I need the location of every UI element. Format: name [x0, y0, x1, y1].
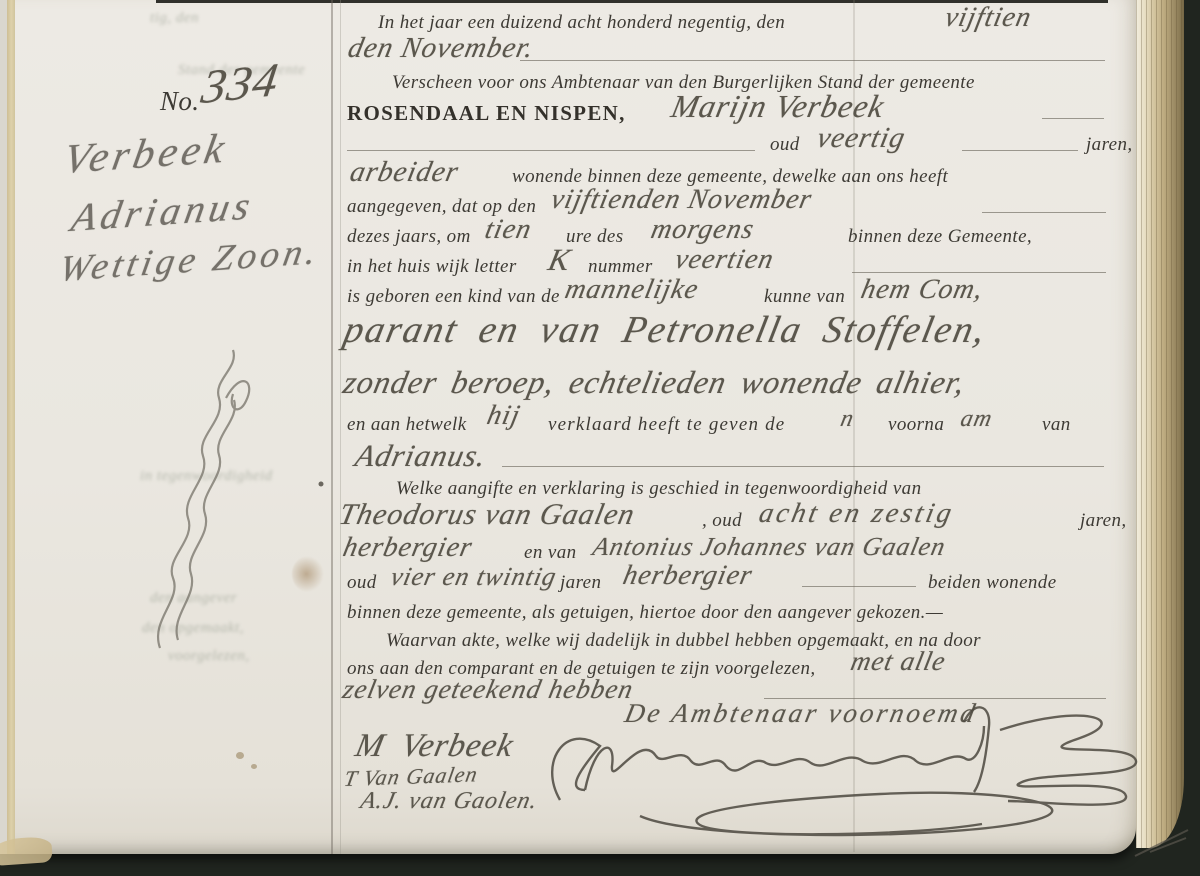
signature-declarant: M Verbeek — [352, 728, 517, 765]
hw-am: am — [958, 406, 995, 433]
printed-oud3: oud — [347, 572, 377, 594]
fill-dash — [962, 150, 1078, 151]
printed-ure-des: ure des — [566, 226, 624, 248]
printed-line-year: In het jaar een duizend acht honderd neg… — [378, 12, 785, 34]
fill-dash — [982, 212, 1106, 213]
hw-child-firstname: Adrianus. — [352, 438, 490, 474]
printed-jaren: jaren, — [1086, 134, 1133, 156]
printed-beiden-wonende: beiden wonende — [928, 572, 1057, 594]
ink-stain — [292, 556, 324, 592]
hw-daypart: morgens — [648, 214, 757, 246]
hw-witness1-name: Theodorus van Gaalen — [336, 498, 638, 532]
hw-witness2-name: Antonius Johannes van Gaalen — [590, 532, 949, 562]
birth-record-scan: tig, den Stand der gemeente in tegenwoor… — [0, 0, 1200, 876]
hw-hour: tien — [482, 214, 535, 246]
hw-birthdate: vijftienden November — [548, 184, 815, 216]
facing-page-sliver — [0, 0, 7, 854]
hw-house-number: veertien — [672, 244, 777, 276]
fill-rule — [347, 150, 755, 151]
hw-hem-comparant: hem Com, — [858, 274, 986, 306]
hw-gender: mannelijke — [562, 274, 702, 306]
printed-jaren3: jaren — [560, 572, 601, 594]
left-page-edge — [7, 0, 15, 854]
printed-verklaard: verklaard heeft te geven de — [548, 414, 785, 436]
printed-is-geboren: is geboren een kind van de — [347, 286, 560, 308]
hw-occupation: arbeider — [347, 156, 462, 189]
bleedthrough-text: in tegenwoordigheid — [140, 468, 273, 485]
bleedthrough-text: tig, den — [150, 10, 199, 27]
hw-day: vijftien — [942, 2, 1035, 34]
stain-dot — [251, 764, 257, 769]
margin-rule-inner — [340, 0, 341, 854]
fill-rule — [520, 60, 1105, 61]
signature-witness2: A.J. van Gaolen. — [358, 788, 540, 815]
printed-getuigen: binnen deze gemeente, als getuigen, hier… — [347, 602, 943, 624]
bleedthrough-text: den opgemaakt, — [142, 620, 244, 637]
municipality-name: ROSENDAAL EN NISPEN, — [347, 101, 626, 126]
hw-declarant-name: Marijn Verbeek — [668, 88, 888, 125]
bottom-left-page-corner — [0, 836, 53, 866]
printed-welke-aangifte: Welke aangifte en verklaring is geschied… — [396, 478, 921, 500]
printed-oud2: , oud — [702, 510, 742, 532]
printed-binnen-gemeente: binnen deze Gemeente, — [848, 226, 1032, 248]
fill-rule — [502, 466, 1104, 467]
act-number-label: No. — [160, 86, 199, 117]
book-page-edges — [1136, 0, 1184, 848]
hw-hij: hij — [484, 400, 523, 432]
officer-title: De Ambtenaar voornoemd — [622, 698, 981, 729]
act-number-value: 334 — [198, 52, 282, 115]
hw-parents-status: zonder beroep, echtelieden wonende alhie… — [340, 364, 969, 401]
fill-dash — [852, 272, 1106, 273]
hw-witness2-occupation: herbergier — [620, 560, 756, 592]
printed-jaren2: jaren, — [1080, 510, 1127, 532]
hw-met-alle: met alle — [848, 646, 949, 677]
printed-huis-wijk: in het huis wijk letter — [347, 256, 517, 278]
hw-month: den November. — [345, 32, 537, 65]
fill-dash — [1042, 118, 1104, 119]
hw-declarant-age: veertig — [814, 122, 909, 155]
bleedthrough-text: den aangever — [150, 590, 237, 607]
stain-dot — [236, 752, 244, 759]
printed-en-aan-hetwelk: en aan hetwelk — [347, 414, 467, 436]
hw-witness1-age: acht en zestig — [756, 498, 957, 530]
printed-dezes-jaars: dezes jaars, om — [347, 226, 471, 248]
printed-kunne-van: kunne van — [764, 286, 845, 308]
bleedthrough-text: voorgelezen, — [168, 648, 250, 665]
printed-oud: oud — [770, 134, 800, 156]
printed-voorna: voorna — [888, 414, 944, 436]
hw-witness1-occupation: herbergier — [340, 532, 476, 564]
printed-van: van — [1042, 414, 1071, 436]
printed-en-van: en van — [524, 542, 577, 564]
hw-mother-name: parant en van Petronella Stoffelen, — [340, 308, 991, 352]
hw-geteekend: zelven geteekend hebben — [340, 674, 636, 705]
fill-dash — [802, 586, 916, 587]
hw-witness2-age: vier en twintig — [388, 562, 560, 592]
margin-rule — [331, 0, 333, 854]
